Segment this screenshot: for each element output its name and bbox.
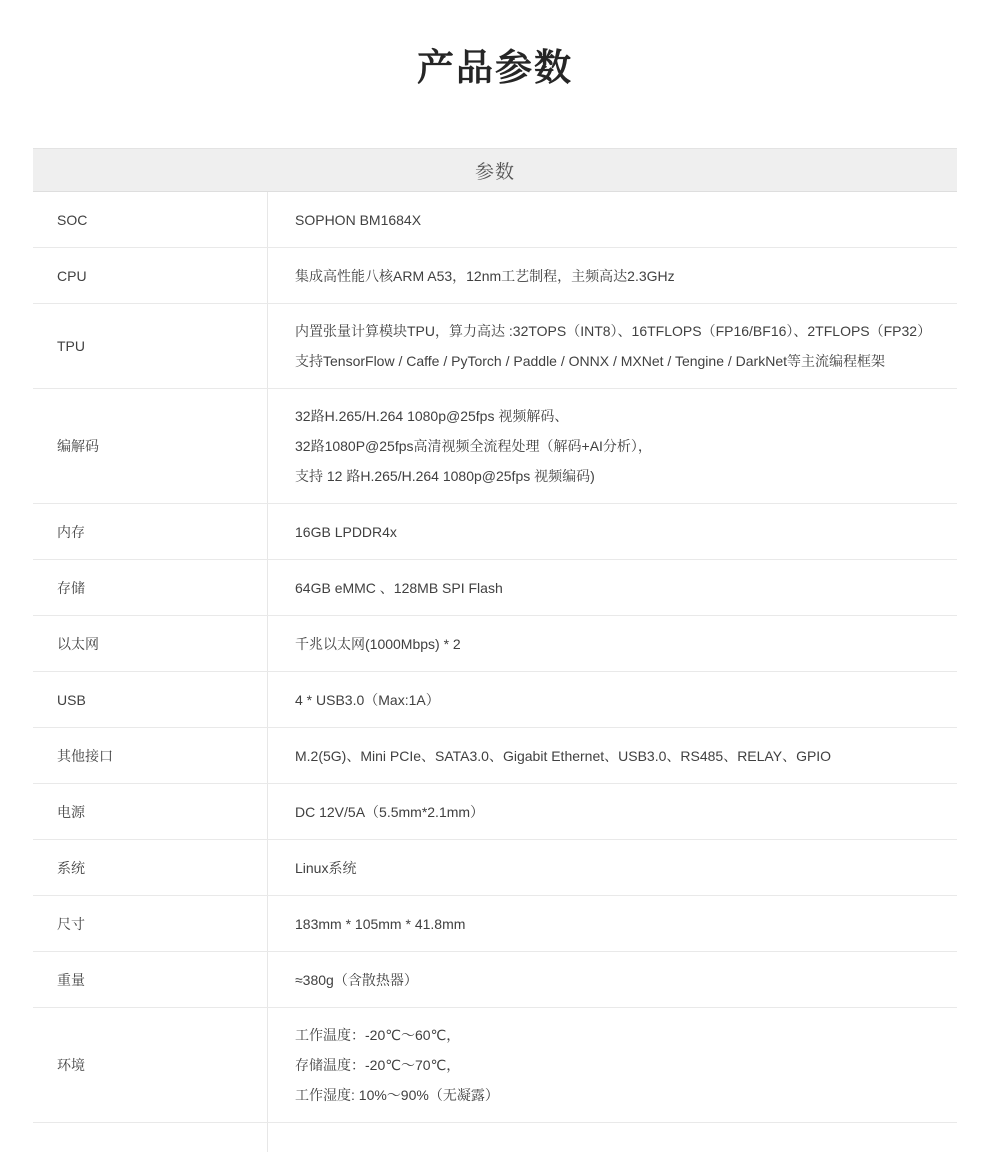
spec-value-line: 集成高性能八核ARM A53，12nm工艺制程，主频高达2.3GHz [295, 261, 937, 291]
spec-value: 集成高性能八核ARM A53，12nm工艺制程，主频高达2.3GHz [268, 248, 957, 303]
table-row: 系统 Linux系统 [33, 840, 957, 896]
table-header-label: 参数 [475, 157, 515, 184]
spec-value: 32路H.265/H.264 1080p@25fps 视频解码、32路1080P… [268, 389, 957, 503]
spec-value: 工作温度：-20℃～60℃，存储温度：-20℃～70℃，工作湿度: 10%～90… [268, 1008, 957, 1122]
product-spec-page: 产品参数 参数 SOC SOPHON BM1684X CPU 集成高性能八核AR… [0, 40, 990, 1152]
spec-value-line: Linux系统 [295, 853, 937, 883]
spec-label: 尺寸 [33, 896, 268, 951]
spec-label: 电源 [33, 784, 268, 839]
table-row: SOC SOPHON BM1684X [33, 192, 957, 248]
spec-label: 编解码 [33, 389, 268, 503]
spec-value: Linux系统 [268, 840, 957, 895]
spec-label: 系统 [33, 840, 268, 895]
spec-label: 重量 [33, 952, 268, 1007]
spec-value-line: ≈380g（含散热器） [295, 965, 937, 995]
table-row: 环境 工作温度：-20℃～60℃，存储温度：-20℃～70℃，工作湿度: 10%… [33, 1008, 957, 1123]
table-row: TPU 内置张量计算模块TPU，算力高达 :32TOPS（INT8）、16TFL… [33, 304, 957, 389]
table-row [33, 1123, 957, 1152]
spec-value-line: 工作温度：-20℃～60℃， [295, 1020, 937, 1050]
spec-label: SOC [33, 192, 268, 247]
spec-value [268, 1123, 957, 1152]
spec-value: 183mm * 105mm * 41.8mm [268, 896, 957, 951]
spec-label: 环境 [33, 1008, 268, 1122]
table-row: 重量 ≈380g（含散热器） [33, 952, 957, 1008]
spec-value: 64GB eMMC 、128MB SPI Flash [268, 560, 957, 615]
spec-value: ≈380g（含散热器） [268, 952, 957, 1007]
table-row: 内存 16GB LPDDR4x [33, 504, 957, 560]
spec-value-line: M.2(5G)、Mini PCIe、SATA3.0、Gigabit Ethern… [295, 741, 937, 771]
spec-value-line: SOPHON BM1684X [295, 205, 937, 235]
spec-label: 以太网 [33, 616, 268, 671]
spec-value: DC 12V/5A（5.5mm*2.1mm） [268, 784, 957, 839]
table-header: 参数 [33, 148, 957, 192]
spec-value: 4 * USB3.0（Max:1A） [268, 672, 957, 727]
spec-value-line: DC 12V/5A（5.5mm*2.1mm） [295, 797, 937, 827]
spec-label: 存储 [33, 560, 268, 615]
page-title: 产品参数 [0, 40, 990, 96]
spec-label: CPU [33, 248, 268, 303]
table-row: 尺寸 183mm * 105mm * 41.8mm [33, 896, 957, 952]
table-row: 其他接口 M.2(5G)、Mini PCIe、SATA3.0、Gigabit E… [33, 728, 957, 784]
table-row: 编解码 32路H.265/H.264 1080p@25fps 视频解码、32路1… [33, 389, 957, 504]
spec-value-line: 32路H.265/H.264 1080p@25fps 视频解码、 [295, 401, 937, 431]
spec-label: USB [33, 672, 268, 727]
spec-value-line: 4 * USB3.0（Max:1A） [295, 685, 937, 715]
spec-value-line: 千兆以太网(1000Mbps) * 2 [295, 629, 937, 659]
table-row: USB 4 * USB3.0（Max:1A） [33, 672, 957, 728]
table-row: 存储 64GB eMMC 、128MB SPI Flash [33, 560, 957, 616]
spec-value: M.2(5G)、Mini PCIe、SATA3.0、Gigabit Ethern… [268, 728, 957, 783]
table-row: CPU 集成高性能八核ARM A53，12nm工艺制程，主频高达2.3GHz [33, 248, 957, 304]
spec-label: 内存 [33, 504, 268, 559]
spec-value-line: 存储温度：-20℃～70℃， [295, 1050, 937, 1080]
spec-label: TPU [33, 304, 268, 388]
table-row: 以太网 千兆以太网(1000Mbps) * 2 [33, 616, 957, 672]
spec-value-line: 内置张量计算模块TPU，算力高达 :32TOPS（INT8）、16TFLOPS（… [295, 316, 937, 346]
spec-table: 参数 SOC SOPHON BM1684X CPU 集成高性能八核ARM A53… [33, 148, 957, 1152]
spec-value-line: 64GB eMMC 、128MB SPI Flash [295, 573, 937, 603]
spec-value: 内置张量计算模块TPU，算力高达 :32TOPS（INT8）、16TFLOPS（… [268, 304, 957, 388]
spec-value-line: 183mm * 105mm * 41.8mm [295, 909, 937, 939]
spec-value: 千兆以太网(1000Mbps) * 2 [268, 616, 957, 671]
spec-value-line: 16GB LPDDR4x [295, 517, 937, 547]
spec-value: 16GB LPDDR4x [268, 504, 957, 559]
spec-value-line: 32路1080P@25fps高清视频全流程处理（解码+AI分析）， [295, 431, 937, 461]
spec-value-line: 工作湿度: 10%～90%（无凝露） [295, 1080, 937, 1110]
table-body: SOC SOPHON BM1684X CPU 集成高性能八核ARM A53，12… [33, 192, 957, 1152]
spec-value: SOPHON BM1684X [268, 192, 957, 247]
spec-label: 其他接口 [33, 728, 268, 783]
spec-value-line: 支持TensorFlow / Caffe / PyTorch / Paddle … [295, 346, 937, 376]
table-row: 电源 DC 12V/5A（5.5mm*2.1mm） [33, 784, 957, 840]
spec-label [33, 1123, 268, 1152]
spec-value-line: 支持 12 路H.265/H.264 1080p@25fps 视频编码) [295, 461, 937, 491]
